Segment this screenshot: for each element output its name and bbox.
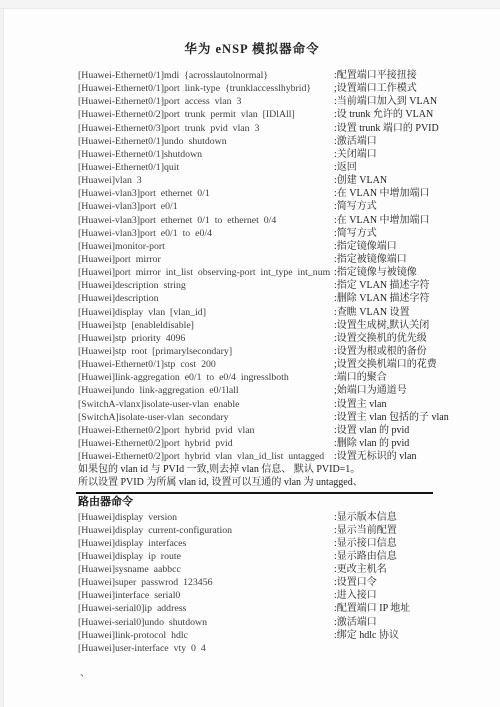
page-title: 华为 eNSP 模拟器命令	[4, 39, 500, 57]
annotation-text: :查瞧 VLAN 设置	[334, 306, 410, 319]
annotation-text: :简写方式	[334, 200, 377, 213]
command-text: [Huawei]display version	[78, 511, 177, 524]
command-text: [Huawei]description string	[78, 279, 186, 292]
command-row: [Huawei-vlan3]port e0/1:简写方式	[4, 200, 500, 213]
annotation-text: :配置端口 IP 地址	[334, 602, 410, 615]
command-row: [Huawei]port mirror:指定被镜像端口	[4, 253, 500, 266]
command-text: [Huawei-Ethernet0/1]port access vlan 3	[78, 95, 241, 108]
annotation-text: :指定镜像与被镜像	[334, 266, 417, 279]
command-row: [SwitchA]isolate-user-vlan secondary:设置主…	[4, 411, 500, 424]
annotation-text: :指定镜像端口	[334, 240, 397, 253]
command-row: [Huawei]monitor-port:指定镜像端口	[4, 240, 500, 253]
annotation-text: :设 trunk 允许的 VLAN	[334, 108, 433, 121]
command-text: [Huawei-Ethernet0/2]port hybrid pvid vla…	[78, 424, 254, 437]
annotation-text: :绑定 hdlc 协议	[334, 629, 399, 642]
command-row: [Huawei]link-aggregation e0/1 to e0/4 in…	[4, 371, 500, 384]
annotation-text: :更改主机名	[334, 563, 387, 576]
annotation-text: :设置生成树,默认关闭	[334, 319, 429, 332]
command-text: [Huawei]display current-configuration	[78, 524, 232, 537]
command-text: [Huawei]display interfaces	[78, 537, 186, 550]
section-divider	[76, 492, 433, 494]
command-row: [Huawei-Ethernet0/2]port trunk permit vl…	[4, 108, 500, 121]
annotation-text: :设置 trunk 端口的 PVID	[334, 122, 439, 135]
command-row: [Huawei]undo link-aggregation e0/1lall;始…	[4, 384, 500, 397]
annotation-text: :设置无标识的 vlan	[334, 450, 417, 463]
command-row: [SwitchA-vlanx]isolate-user-vlan enable:…	[4, 398, 500, 411]
command-row: [Huawei-Ethernet0/1]quit:返回	[4, 161, 500, 174]
command-row: [Huawei]sysname aabbcc:更改主机名	[4, 563, 500, 576]
command-row: [Huawei-vlan3]port ethernet 0/1 to ether…	[4, 214, 500, 227]
command-text: [Huawei-Ethernet0/3]port trunk pvid vlan…	[78, 122, 259, 135]
command-text: [SwitchA-vlanx]isolate-user-vlan enable	[78, 398, 239, 411]
command-row: [Huawei-vlan3]port e0/1 to e0/4:简写方式	[4, 227, 500, 240]
command-row: [Huawei]vlan 3:创建 VLAN	[4, 174, 500, 187]
command-row: [Huawei]display version:显示版本信息	[4, 511, 500, 524]
command-text: [Huawei]display ip route	[78, 550, 181, 563]
command-row: [Huawei-serial0]undo shutdown:激活端口	[4, 616, 500, 629]
command-text: [Huawei]undo link-aggregation e0/1lall	[78, 384, 239, 397]
annotation-text: :设置主 vlan 包括的子 vlan	[334, 411, 449, 424]
annotation-text: :指定 VLAN 描述字符	[334, 279, 430, 292]
command-text: [Huawei-Ethernet0/1]quit	[78, 161, 179, 174]
note-line: 所以设置 PVID 为所属 vlan id, 设置可以互通的 vlan 为 un…	[78, 476, 500, 489]
annotation-text: :设置交换机的优先级	[334, 332, 427, 345]
command-row: [Huawei-Ethernet0/2]port hybrid pvid vla…	[4, 424, 500, 437]
annotation-text: :端口的聚合	[334, 371, 387, 384]
command-text: [Huawei-Ethernet0/2]port hybrid vlan vla…	[78, 450, 324, 463]
command-text: [Huawei]interface serial0	[78, 589, 180, 602]
annotation-text: :显示路由信息	[334, 550, 397, 563]
annotation-text: :指定被镜像端口	[334, 253, 407, 266]
command-text: [Huawei]link-protocol hdlc	[78, 629, 188, 642]
command-text: [Huawei]user-interface vty 0 4	[78, 642, 206, 655]
command-row: [Huawei-Ethernet0/3]port trunk pvid vlan…	[4, 122, 500, 135]
router-section-heading: 路由器命令	[78, 496, 500, 509]
annotation-text: :简写方式	[334, 227, 377, 240]
command-text: [SwitchA]isolate-user-vlan secondary	[78, 411, 229, 424]
command-row: [Huawei-Ethernet0/2]port hybrid vlan vla…	[4, 450, 500, 463]
annotation-text: :当前端口加入到 VLAN	[334, 95, 437, 108]
document-page: 华为 eNSP 模拟器命令 [Huawei-Ethernet0/1]mdi {a…	[3, 9, 500, 707]
command-row: [Huawei-Ethernet0/1]stp cost 200;设置交换机端口…	[4, 358, 500, 371]
annotation-text: :设置主 vlan	[334, 398, 387, 411]
command-text: [Huawei]stp priority 4096	[78, 332, 185, 345]
command-row: [Huawei]display interfaces:显示接口信息	[4, 537, 500, 550]
annotation-text: :激活端口	[334, 135, 377, 148]
annotation-text: ;始端口为通道号	[334, 384, 407, 397]
annotation-text: :关闭端口	[334, 148, 377, 161]
command-row: [Huawei]link-protocol hdlc:绑定 hdlc 协议	[4, 629, 500, 642]
command-text: [Huawei-vlan3]port ethernet 0/1	[78, 187, 210, 200]
annotation-text: :设置 vlan 的 pvid	[334, 424, 409, 437]
annotation-text: :删除 VLAN 描述字符	[334, 292, 430, 305]
annotation-text: :显示版本信息	[334, 511, 397, 524]
annotation-text: :配置端口平接扭接	[334, 69, 417, 82]
annotation-text: :在 VLAN 中增加端口	[334, 214, 430, 227]
command-text: [Huawei]port mirror	[78, 253, 161, 266]
command-text: [Huawei]vlan 3	[78, 174, 142, 187]
command-text: [Huawei-Ethernet0/1]mdi {acrosslautolnor…	[78, 69, 268, 82]
command-text: [Huawei-serial0]undo shutdown	[78, 616, 207, 629]
command-row: [Huawei]display current-configuration:显示…	[4, 524, 500, 537]
command-text: [Huawei-Ethernet0/2]port trunk permit vl…	[78, 108, 295, 121]
annotation-text: :进入接口	[334, 589, 377, 602]
command-row: [Huawei-Ethernet0/1]mdi {acrosslautolnor…	[4, 69, 500, 82]
command-row: [Huawei-vlan3]port ethernet 0/1:在 VLAN 中…	[4, 187, 500, 200]
command-text: [Huawei-vlan3]port ethernet 0/1 to ether…	[78, 214, 276, 227]
command-row: [Huawei-Ethernet0/2]port hybrid pvid:删除 …	[4, 437, 500, 450]
annotation-text: :显示当前配置	[334, 524, 397, 537]
command-text: [Huawei]super passwrod 123456	[78, 576, 213, 589]
command-row: [Huawei]super passwrod 123456:设置口令	[4, 576, 500, 589]
command-row: [Huawei]display ip route:显示路由信息	[4, 550, 500, 563]
command-text: [Huawei-Ethernet0/2]port hybrid pvid	[78, 437, 233, 450]
command-text: [Huawei]sysname aabbcc	[78, 563, 181, 576]
command-row: [Huawei]stp [enableldisable]:设置生成树,默认关闭	[4, 319, 500, 332]
note-line: 如果包的 vlan id 与 PVId 一致,则去掉 vlan 信息、 默认 P…	[78, 463, 500, 476]
document-canvas: 华为 eNSP 模拟器命令 [Huawei-Ethernet0/1]mdi {a…	[0, 0, 500, 707]
switch-command-list: [Huawei-Ethernet0/1]mdi {acrosslautolnor…	[4, 69, 500, 463]
annotation-text: :在 VLAN 中增加端口	[334, 187, 430, 200]
command-text: [Huawei-vlan3]port e0/1	[78, 200, 178, 213]
annotation-text: :删除 vlan 的 pvid	[334, 437, 409, 450]
command-text: [Huawei-Ethernet0/1]stp cost 200	[78, 358, 216, 371]
switch-notes: 如果包的 vlan id 与 PVId 一致,则去掉 vlan 信息、 默认 P…	[4, 463, 500, 489]
annotation-text: :显示接口信息	[334, 537, 397, 550]
page-content: [Huawei-Ethernet0/1]mdi {acrosslautolnor…	[4, 69, 500, 680]
command-text: [Huawei]display vlan [vlan_id]	[78, 306, 206, 319]
page-top-edge	[0, 0, 500, 9]
command-text: [Huawei-vlan3]port e0/1 to e0/4	[78, 227, 212, 240]
annotation-text: ;设置端口工作模式	[334, 82, 417, 95]
command-text: [Huawei]link-aggregation e0/1 to e0/4 in…	[78, 371, 289, 384]
annotation-text: :设置为根或根的备份	[334, 345, 427, 358]
command-text: [Huawei]stp root [primarylsecondary]	[78, 345, 232, 358]
trailing-punctuation: 、	[80, 667, 500, 680]
command-row: [Huawei-serial0]ip address:配置端口 IP 地址	[4, 602, 500, 615]
command-text: [Huawei-Ethernet0/1]undo shutdown	[78, 135, 227, 148]
annotation-text: :设置口令	[334, 576, 377, 589]
command-row: [Huawei-Ethernet0/1]shutdown:关闭端口	[4, 148, 500, 161]
command-row: [Huawei-Ethernet0/1]port access vlan 3:当…	[4, 95, 500, 108]
command-row: [Huawei]port mirror int_list observing-p…	[4, 266, 500, 279]
annotation-text: ;设置交换机端口的花费	[334, 358, 437, 371]
command-row: [Huawei-Ethernet0/1]undo shutdown:激活端口	[4, 135, 500, 148]
command-text: [Huawei-Ethernet0/1]shutdown	[78, 148, 202, 161]
command-text: [Huawei]stp [enableldisable]	[78, 319, 194, 332]
command-text: [Huawei]port mirror int_list observing-p…	[78, 266, 330, 279]
command-row: [Huawei]description string:指定 VLAN 描述字符	[4, 279, 500, 292]
command-row: [Huawei]user-interface vty 0 4	[4, 642, 500, 655]
annotation-text: :创建 VLAN	[334, 174, 387, 187]
command-text: [Huawei-Ethernet0/1]port link-type {trun…	[78, 82, 311, 95]
command-row: [Huawei]stp root [primarylsecondary]:设置为…	[4, 345, 500, 358]
router-command-list: [Huawei]display version:显示版本信息[Huawei]di…	[4, 511, 500, 656]
command-row: [Huawei]interface serial0:进入接口	[4, 589, 500, 602]
command-text: [Huawei]monitor-port	[78, 240, 165, 253]
command-row: [Huawei]display vlan [vlan_id]:查瞧 VLAN 设…	[4, 306, 500, 319]
command-row: [Huawei]description:删除 VLAN 描述字符	[4, 292, 500, 305]
command-text: [Huawei-serial0]ip address	[78, 602, 186, 615]
command-row: [Huawei-Ethernet0/1]port link-type {trun…	[4, 82, 500, 95]
annotation-text: :返回	[334, 161, 357, 174]
annotation-text: :激活端口	[334, 616, 377, 629]
command-row: [Huawei]stp priority 4096:设置交换机的优先级	[4, 332, 500, 345]
command-text: [Huawei]description	[78, 292, 159, 305]
